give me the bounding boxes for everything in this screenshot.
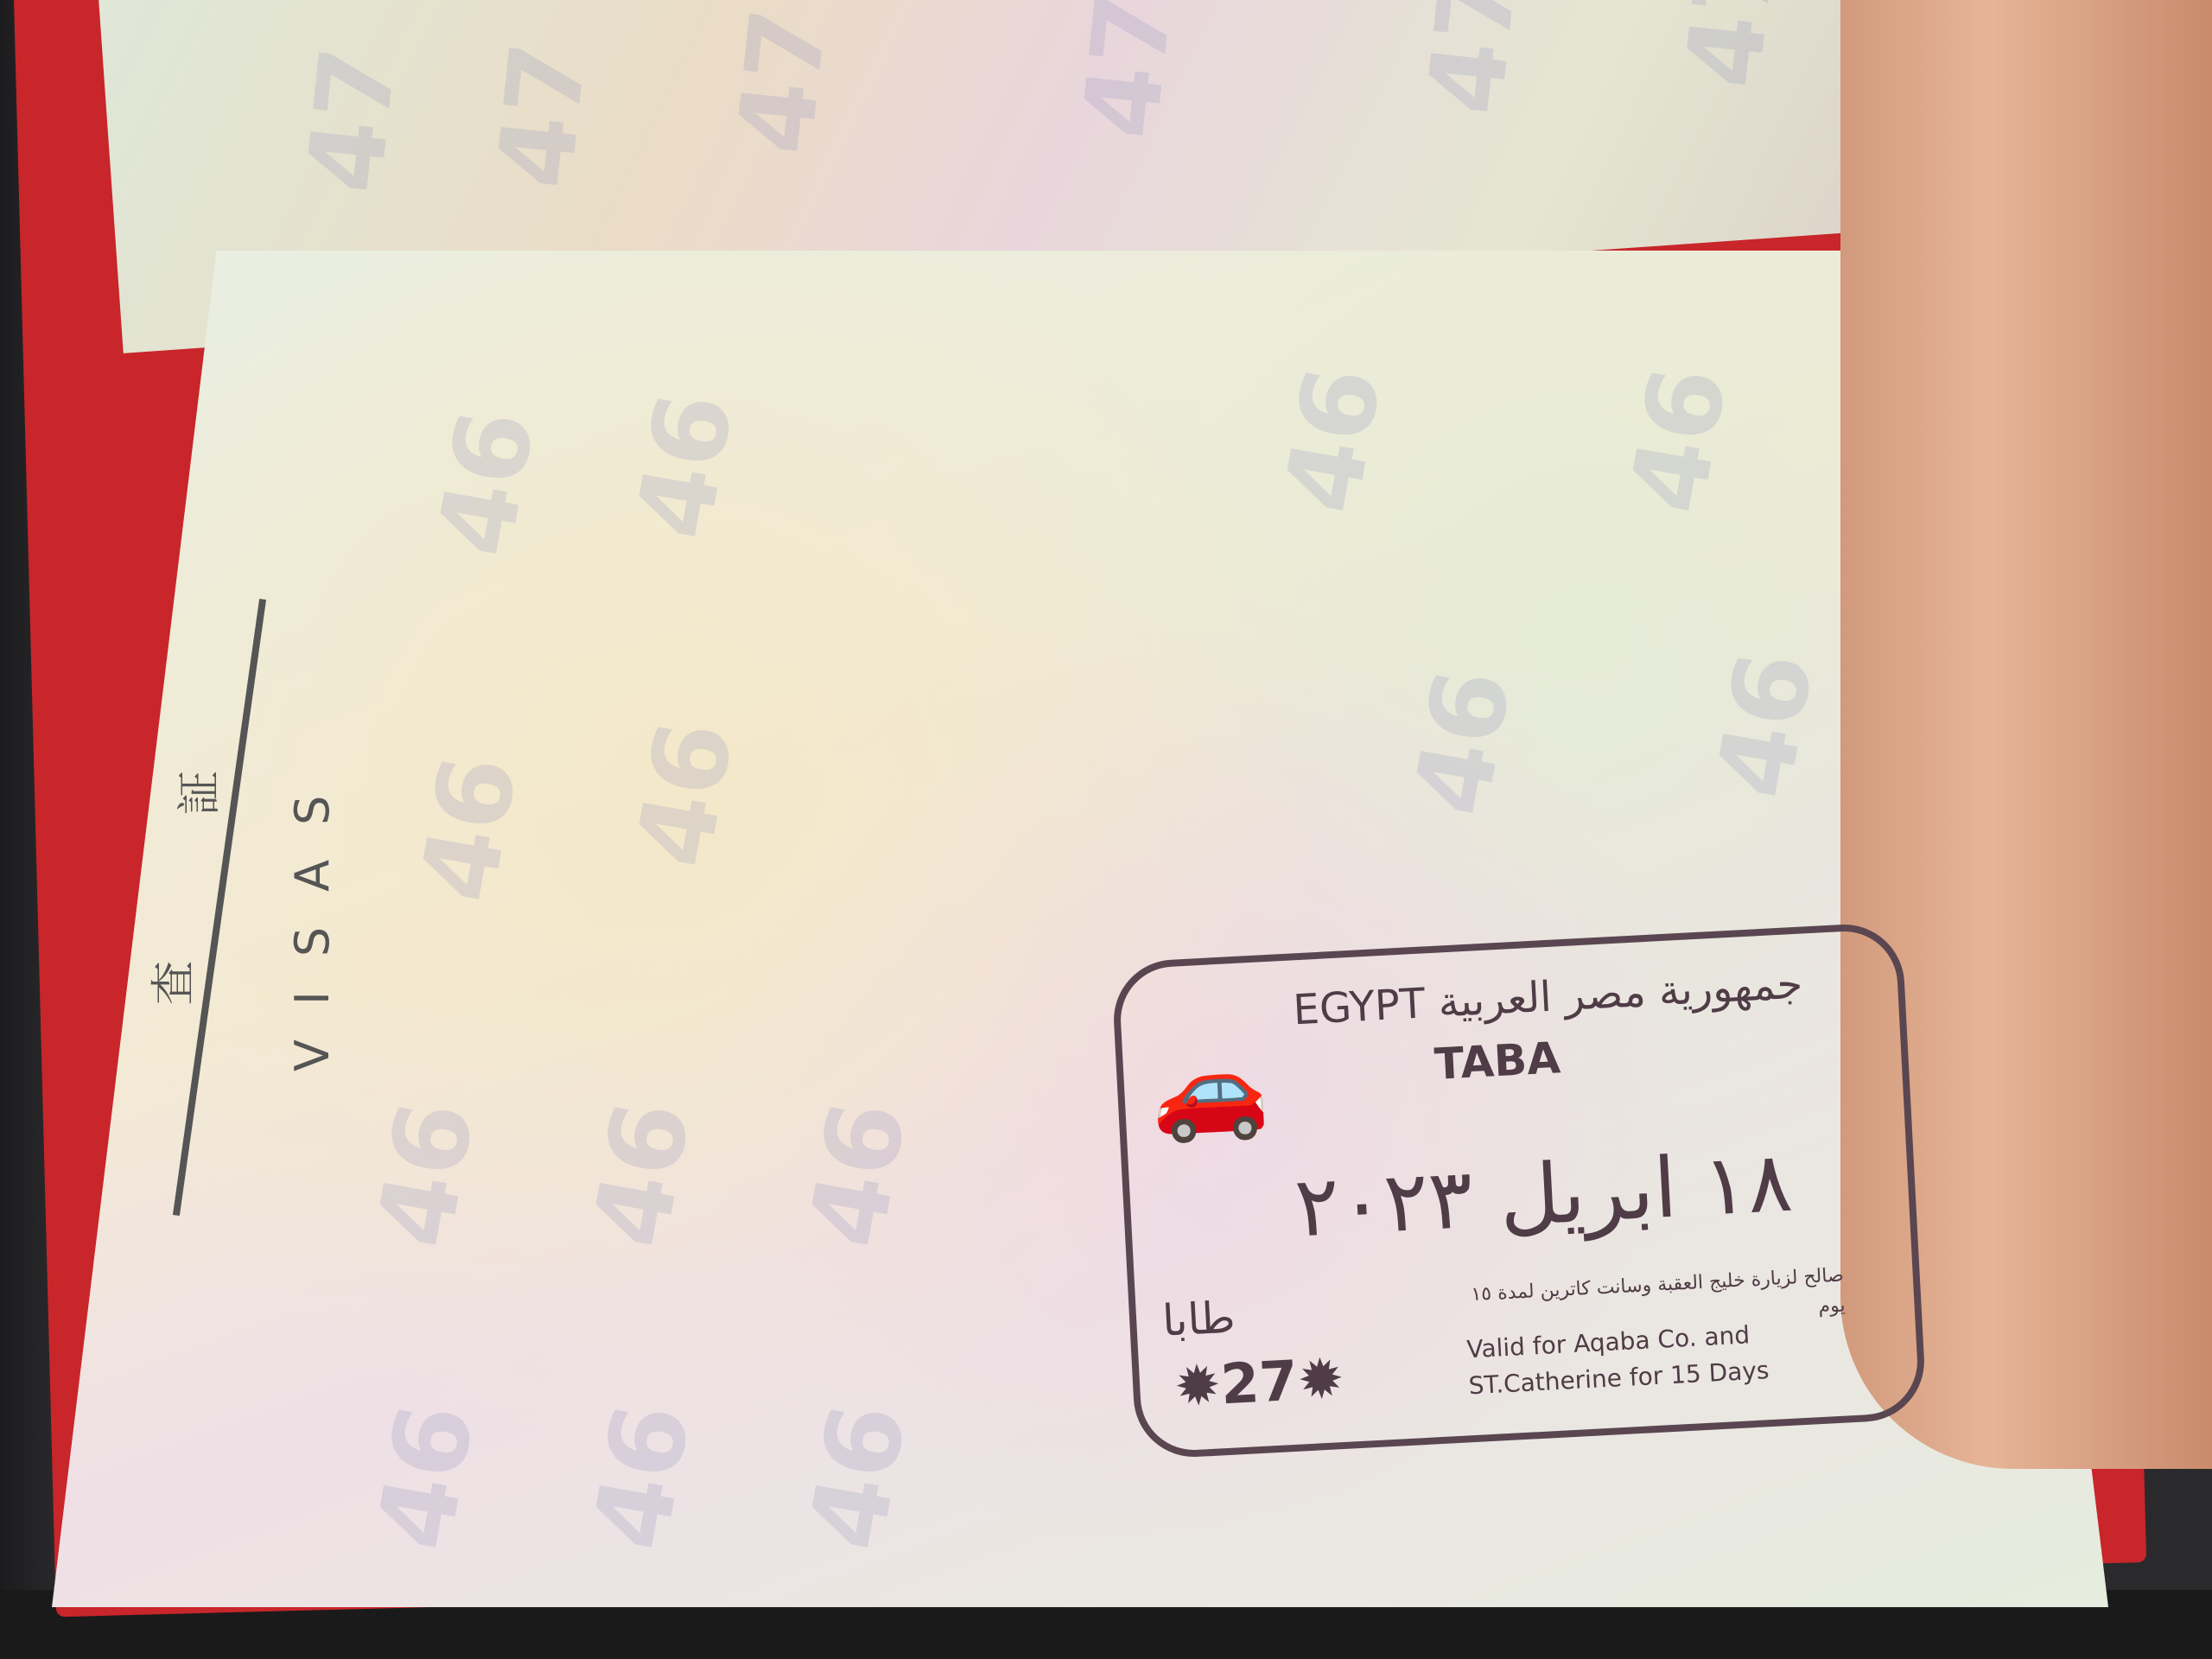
page-number-watermark: 46: [1608, 359, 1751, 522]
page-number-watermark: 46: [398, 747, 542, 911]
page-number-watermark: 46: [614, 385, 758, 548]
page-number-watermark: 46: [355, 1093, 499, 1256]
stamp-note-english: Valid for Aqaba Co. and ST.Catherine for…: [1465, 1316, 1770, 1404]
page-number-watermark: 47: [1406, 0, 1541, 120]
stamp-place-arabic: طابا: [1161, 1292, 1236, 1345]
stamp-officer-number: ✹27✹: [1173, 1347, 1345, 1420]
page-number-watermark: 46: [355, 1395, 499, 1559]
heading-rule: [173, 599, 266, 1216]
page-number-watermark: 46: [571, 1395, 715, 1559]
visa-page-heading: 査 証 VISAS: [130, 588, 354, 1227]
page-number-watermark: 47: [1664, 0, 1799, 93]
car-icon: 🚗: [1147, 1031, 1272, 1148]
officer-number: 27: [1219, 1350, 1300, 1418]
heading-cjk-char: 証: [163, 770, 228, 815]
page-number-watermark: 47: [285, 42, 420, 199]
page-number-watermark: 47: [475, 38, 610, 194]
page-number-watermark: 47: [715, 3, 850, 160]
stamp-date: ١٨ ابريل ٢٠٢٣: [1293, 1134, 1795, 1256]
stamp-country-english: EGYPT: [1292, 979, 1426, 1034]
page-number-watermark: 46: [1262, 359, 1406, 522]
stamp-port: TABA: [1433, 1033, 1562, 1090]
entry-stamp: 🚗 جمهورية مصر العربية EGYPT TABA ١٨ ابري…: [1111, 921, 1928, 1459]
page-number-watermark: 46: [787, 1395, 931, 1559]
page-number-watermark: 46: [787, 1093, 931, 1256]
page-number-watermark: 46: [1694, 644, 1838, 807]
heading-cjk-char: 査: [137, 960, 202, 1005]
page-number-watermark: 46: [1392, 661, 1535, 824]
page-number-watermark: 46: [571, 1093, 715, 1256]
stamp-country: جمهورية مصر العربية EGYPT: [1292, 960, 1803, 1035]
page-number-watermark: 46: [416, 402, 559, 565]
gear-icon: ✹: [1173, 1353, 1222, 1420]
page-number-watermark: 46: [614, 713, 758, 876]
page-number-watermark: 47: [1061, 0, 1196, 144]
stamp-country-arabic: جمهورية مصر العربية: [1437, 960, 1803, 1027]
heading-latin: VISAS: [285, 761, 340, 1071]
gear-icon: ✹: [1296, 1347, 1345, 1414]
